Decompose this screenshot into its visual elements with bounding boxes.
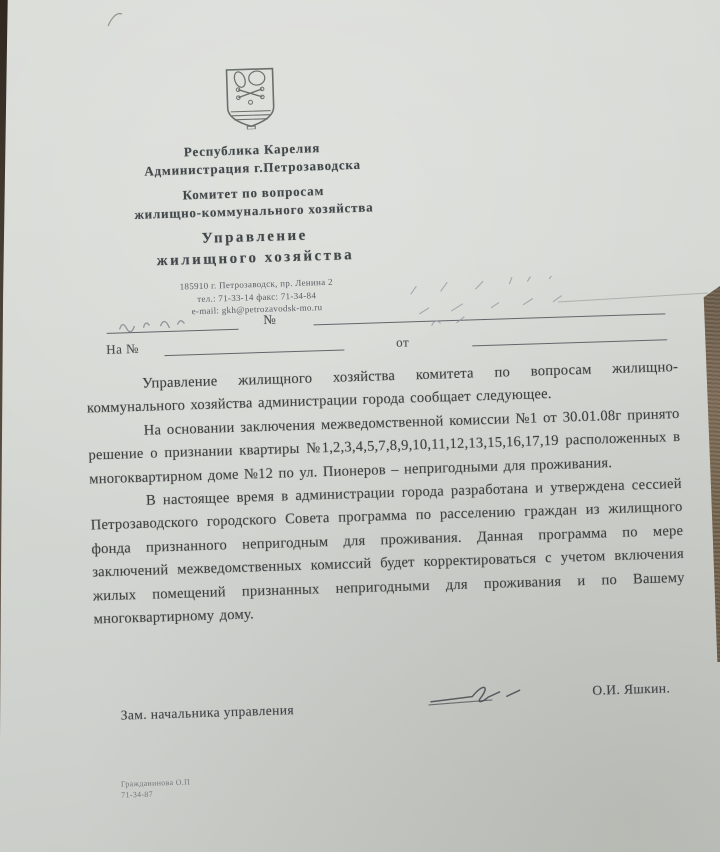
signatory-position: Зам. начальника управления bbox=[120, 702, 294, 723]
executor-phone: 71-34-87 bbox=[121, 788, 191, 801]
handwritten-number-mark bbox=[410, 272, 563, 326]
photographed-letter: Республика Карелия Администрация г.Петро… bbox=[0, 0, 720, 852]
reply-date-blank bbox=[472, 338, 667, 346]
paragraph-resettlement-program: В настоящее время в администрации города… bbox=[90, 473, 686, 632]
petrozavodsk-coat-of-arms-icon bbox=[223, 66, 277, 130]
reply-number-blank bbox=[164, 348, 344, 356]
signature-stroke bbox=[426, 679, 537, 712]
signature-block: Зам. начальника управления О.И. Яшкин. bbox=[96, 678, 689, 731]
signatory-name: О.И. Яшкин. bbox=[592, 680, 670, 698]
executor-footer: Гражданинова О.П 71-34-87 bbox=[121, 777, 191, 800]
reference-block: № На № от bbox=[101, 290, 676, 308]
letter-body: Управление жилищного хозяйства комитета … bbox=[86, 356, 686, 632]
letter-content: Республика Карелия Администрация г.Петро… bbox=[0, 0, 720, 852]
executor-name: Гражданинова О.П bbox=[121, 777, 191, 790]
handwritten-date-mark bbox=[119, 321, 184, 332]
